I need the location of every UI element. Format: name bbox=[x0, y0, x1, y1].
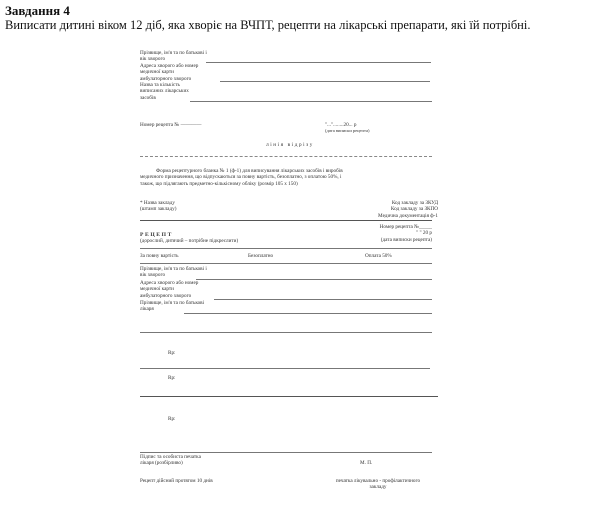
stub-address-label: Адреса хворого або номермедичної картиам… bbox=[140, 63, 198, 82]
task-title: Завдання 4 bbox=[5, 3, 70, 19]
prescription-form: Прізвище, ім'я та по батькові івік хворо… bbox=[140, 50, 440, 520]
institution-seal: печатка лікувально - профілактичногозакл… bbox=[318, 478, 438, 491]
stub-date: "..."........20... р (дата виписки рецеп… bbox=[325, 122, 369, 135]
form-rx-number: Номер рецепта №_____ " " 20 р (дата випи… bbox=[380, 224, 432, 243]
validity-text: Рецепт дійсний протягом 10 днів bbox=[140, 478, 213, 484]
form-address-label: Адреса хворого або номермедичної картиам… bbox=[140, 280, 198, 299]
stub-drugs-label: Назва та кількістьвиписаних лікарськихза… bbox=[140, 82, 189, 101]
recipe-heading: РЕЦЕПТ (дорослий, дитячий – потрібне під… bbox=[140, 232, 238, 245]
rp-2: Rp: bbox=[168, 375, 176, 381]
payment-free: Безоплатно bbox=[248, 253, 273, 259]
task-text: Виписати дитині віком 12 діб, яка хворіє… bbox=[5, 18, 530, 33]
institution-name: * Назва закладу(штамп закладу) bbox=[140, 200, 176, 213]
cut-line-label: лінія відрізу bbox=[140, 142, 440, 148]
form-description: Форма рецептурного бланка № 1 (ф-1) для … bbox=[140, 168, 440, 187]
doctor-label: Прізвище, ім'я та по батьковілікаря bbox=[140, 300, 204, 313]
rp-3: Rp: bbox=[168, 416, 176, 422]
rp-1: Rp: bbox=[168, 350, 176, 356]
signature-label: Підпис та особиста печаткалікаря (розбір… bbox=[140, 454, 201, 467]
payment-full: За повну вартість bbox=[140, 253, 179, 259]
stub-rx-number: Номер рецепта № ———— bbox=[140, 122, 201, 128]
stamp-mark: М. П. bbox=[360, 460, 372, 466]
stub-patient-label: Прізвище, ім'я та по батькові івік хворо… bbox=[140, 50, 207, 63]
institution-codes: Код закладу за ЗКУДКод закладу за ЗКПОМе… bbox=[378, 200, 438, 219]
form-patient-label: Прізвище, ім'я та по батькові івік хворо… bbox=[140, 266, 207, 279]
payment-half: Оплата 50% bbox=[365, 253, 392, 259]
